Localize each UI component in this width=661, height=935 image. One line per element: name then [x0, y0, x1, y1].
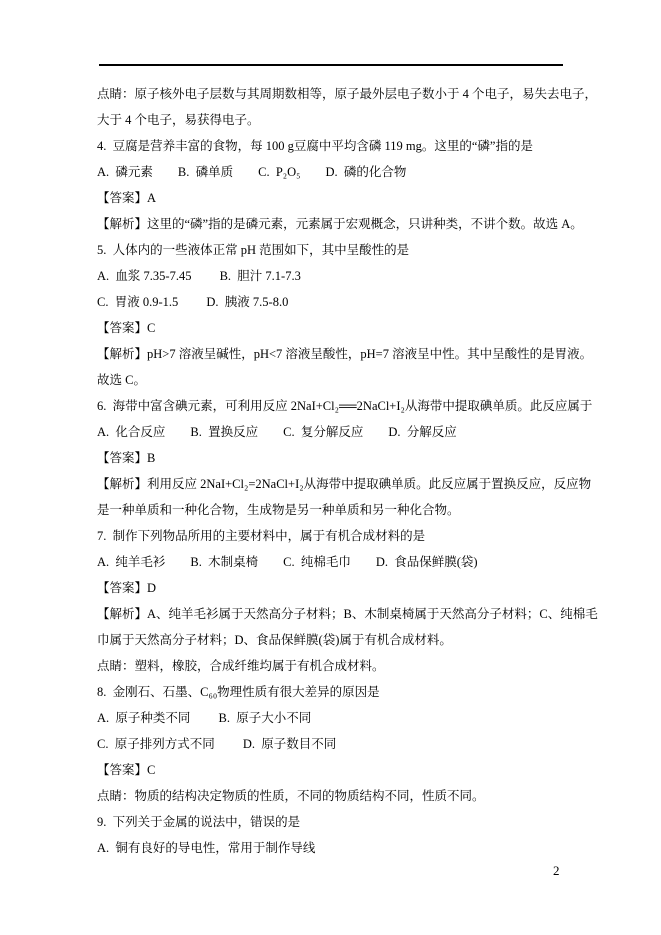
- question-7-options: A. 纯羊毛衫 B. 木制桌椅 C. 纯棉毛巾 D. 食品保鲜膜(袋): [97, 549, 577, 575]
- question-4-options: A. 磷元素 B. 磷单质 C. P₂O₅ D. 磷的化合物: [97, 159, 577, 185]
- analysis-5-line1: 【解析】pH>7 溶液呈碱性，pH<7 溶液呈酸性，pH=7 溶液呈中性。其中呈…: [97, 341, 577, 367]
- document-page: 点睛：原子核外电子层数与其周期数相等，原子最外层电子数小于 4 个电子，易失去电…: [0, 0, 661, 935]
- question-9: 9. 下列关于金属的说法中，错误的是: [97, 809, 577, 835]
- tip-prev-line2: 大于 4 个电子，易获得电子。: [97, 107, 577, 133]
- page-number: 2: [553, 863, 560, 879]
- tip-8: 点睛：物质的结构决定物质的性质，不同的物质结构不同，性质不同。: [97, 783, 577, 809]
- question-5: 5. 人体内的一些液体正常 pH 范围如下，其中呈酸性的是: [97, 237, 577, 263]
- question-8-options-ab: A. 原子种类不同 B. 原子大小不同: [97, 705, 577, 731]
- tip-7: 点睛：塑料，橡胶，合成纤维均属于有机合成材料。: [97, 653, 577, 679]
- answer-7: 【答案】D: [97, 575, 577, 601]
- analysis-7-line1: 【解析】A、纯羊毛衫属于天然高分子材料；B、木制桌椅属于天然高分子材料；C、纯棉…: [97, 601, 577, 627]
- analysis-6-line1: 【解析】利用反应 2NaI+Cl₂=2NaCl+I₂从海带中提取碘单质。此反应属…: [97, 471, 577, 497]
- answer-6: 【答案】B: [97, 445, 577, 471]
- analysis-4: 【解析】这里的“磷”指的是磷元素，元素属于宏观概念，只讲种类，不讲个数。故选 A…: [97, 211, 577, 237]
- question-6: 6. 海带中富含碘元素，可利用反应 2NaI+Cl₂══2NaCl+I₂从海带中…: [97, 393, 577, 419]
- document-body: 点睛：原子核外电子层数与其周期数相等，原子最外层电子数小于 4 个电子，易失去电…: [97, 81, 577, 861]
- question-9-option-a: A. 铜有良好的导电性，常用于制作导线: [97, 835, 577, 861]
- analysis-7-line2: 巾属于天然高分子材料；D、食品保鲜膜(袋)属于有机合成材料。: [97, 627, 577, 653]
- question-8-options-cd: C. 原子排列方式不同 D. 原子数目不同: [97, 731, 577, 757]
- tip-prev-line1: 点睛：原子核外电子层数与其周期数相等，原子最外层电子数小于 4 个电子，易失去电…: [97, 81, 577, 107]
- analysis-6-line2: 是一种单质和一种化合物，生成物是另一种单质和另一种化合物。: [97, 497, 577, 523]
- question-8: 8. 金刚石、石墨、C₆₀物理性质有很大差异的原因是: [97, 679, 577, 705]
- answer-8: 【答案】C: [97, 757, 577, 783]
- question-5-options-ab: A. 血浆 7.35-7.45 B. 胆汁 7.1-7.3: [97, 263, 577, 289]
- question-7: 7. 制作下列物品所用的主要材料中，属于有机合成材料的是: [97, 523, 577, 549]
- analysis-5-line2: 故选 C。: [97, 367, 577, 393]
- answer-5: 【答案】C: [97, 315, 577, 341]
- question-5-options-cd: C. 胃液 0.9-1.5 D. 胰液 7.5-8.0: [97, 289, 577, 315]
- question-4: 4. 豆腐是营养丰富的食物，每 100 g豆腐中平均含磷 119 mg。这里的“…: [97, 133, 577, 159]
- answer-4: 【答案】A: [97, 185, 577, 211]
- header-divider-line: [99, 64, 563, 66]
- question-6-options: A. 化合反应 B. 置换反应 C. 复分解反应 D. 分解反应: [97, 419, 577, 445]
